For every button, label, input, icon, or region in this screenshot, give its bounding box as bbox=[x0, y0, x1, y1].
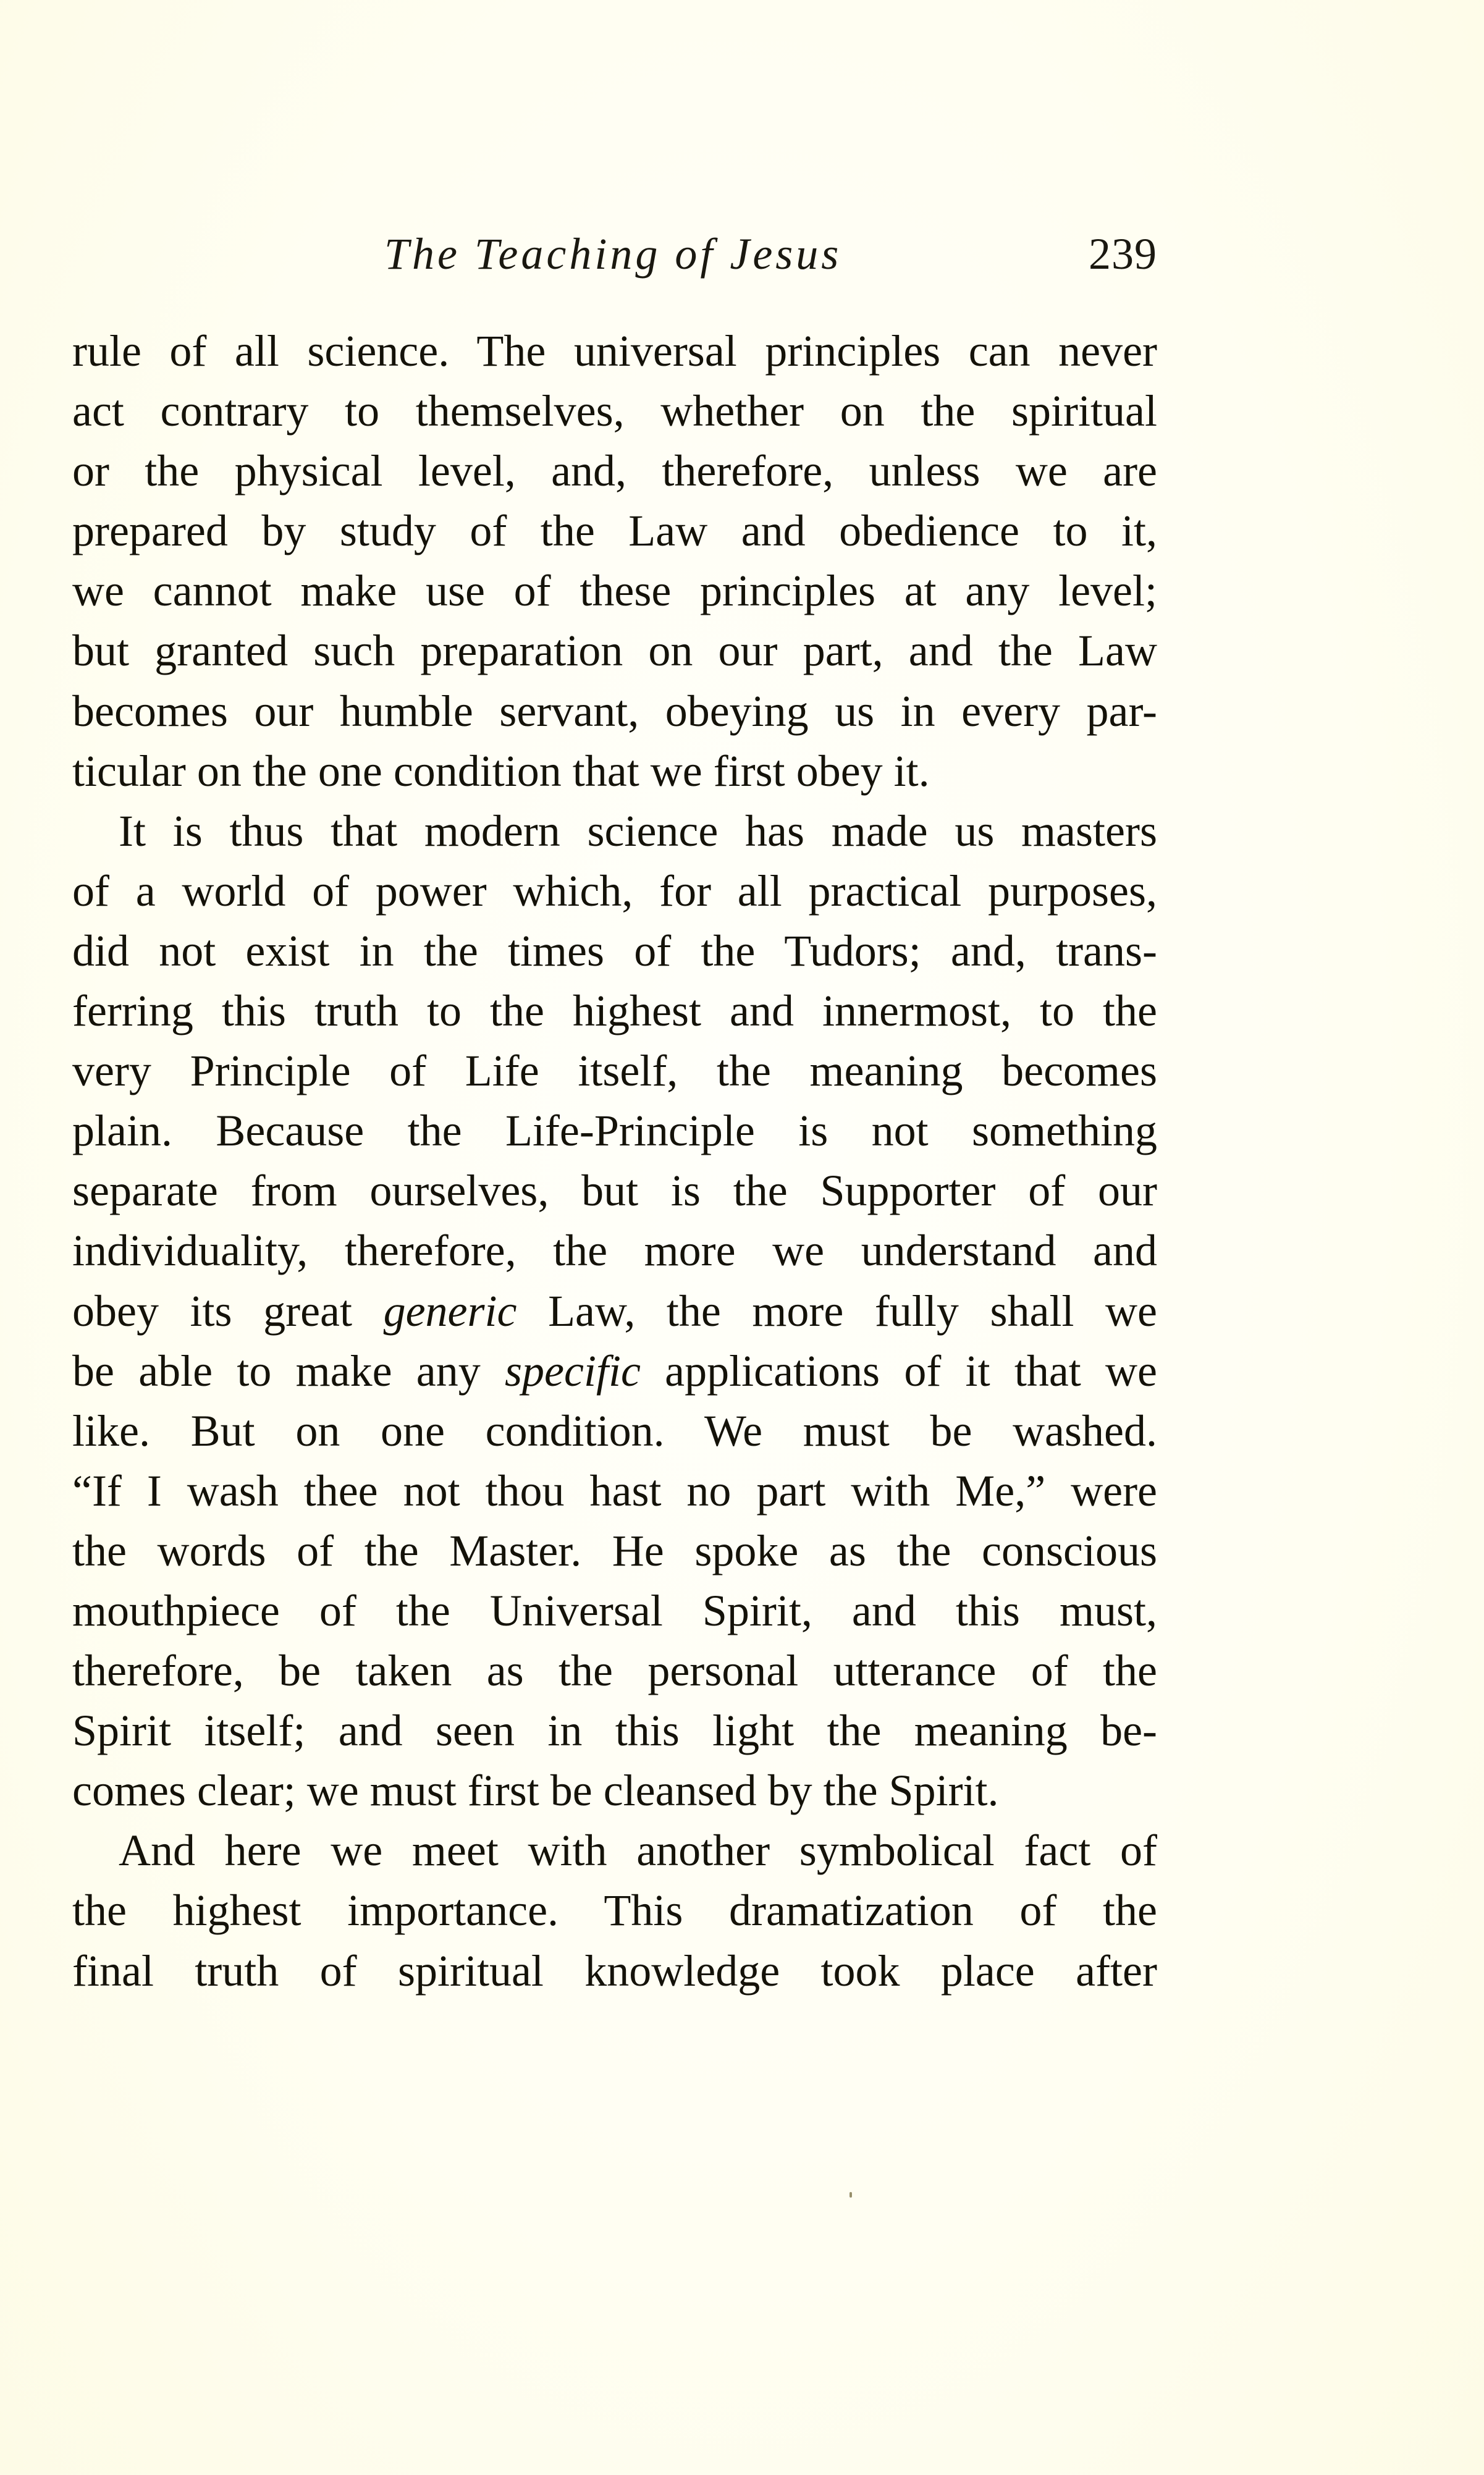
text-line: be able to make any specific application… bbox=[72, 1341, 1157, 1401]
text-line: prepared by study of the Law and obedien… bbox=[72, 501, 1157, 561]
text-line: ferring this truth to the highest and in… bbox=[72, 981, 1157, 1041]
text-line: the highest importance. This dramatizati… bbox=[72, 1881, 1157, 1941]
paper-speck bbox=[850, 2192, 852, 2198]
running-title: The Teaching of Jesus bbox=[384, 224, 841, 284]
text-line: becomes our humble servant, obeying us i… bbox=[72, 681, 1157, 741]
text-line: plain. Because the Life-Principle is not… bbox=[72, 1101, 1157, 1161]
text-line: ticular on the one condition that we fir… bbox=[72, 741, 1157, 801]
text-line: of a world of power which, for all pract… bbox=[72, 861, 1157, 921]
text-line: rule of all science. The universal princ… bbox=[72, 321, 1157, 381]
book-page: The Teaching of Jesus 239 rule of all sc… bbox=[0, 0, 1484, 2475]
text-line: comes clear; we must first be cleansed b… bbox=[72, 1761, 1157, 1821]
text-segment: Law, the more fully shall we bbox=[517, 1286, 1158, 1336]
running-header: The Teaching of Jesus 239 bbox=[72, 224, 1157, 284]
text-line: Spirit itself; and seen in this light th… bbox=[72, 1701, 1157, 1761]
text-line: we cannot make use of these principles a… bbox=[72, 561, 1157, 621]
italic-word-specific: specific bbox=[505, 1346, 641, 1396]
text-line: or the physical level, and, therefore, u… bbox=[72, 441, 1157, 501]
text-line: mouthpiece of the Universal Spirit, and … bbox=[72, 1581, 1157, 1641]
body-text: rule of all science. The universal princ… bbox=[72, 321, 1157, 2001]
text-line: therefore, be taken as the personal utte… bbox=[72, 1641, 1157, 1701]
text-line: individuality, therefore, the more we un… bbox=[72, 1221, 1157, 1281]
italic-word-generic: generic bbox=[384, 1286, 517, 1336]
text-line: the words of the Master. He spoke as the… bbox=[72, 1521, 1157, 1581]
paragraph-first-line: It is thus that modern science has made … bbox=[72, 801, 1157, 861]
text-line: but granted such preparation on our part… bbox=[72, 621, 1157, 681]
text-segment: obey its great bbox=[72, 1286, 384, 1336]
text-segment: be able to make any bbox=[72, 1346, 505, 1396]
text-line: act contrary to themselves, whether on t… bbox=[72, 381, 1157, 441]
text-line: very Principle of Life itself, the meani… bbox=[72, 1041, 1157, 1101]
text-line: “If I wash thee not thou hast no part wi… bbox=[72, 1461, 1157, 1521]
paragraph-first-line: And here we meet with another symbolical… bbox=[72, 1821, 1157, 1881]
text-line: separate from ourselves, but is the Supp… bbox=[72, 1161, 1157, 1221]
text-line: like. But on one condition. We must be w… bbox=[72, 1401, 1157, 1461]
text-line: did not exist in the times of the Tudors… bbox=[72, 921, 1157, 981]
text-line: final truth of spiritual knowledge took … bbox=[72, 1941, 1157, 2001]
page-number: 239 bbox=[1089, 224, 1157, 284]
text-segment: applications of it that we bbox=[641, 1346, 1157, 1396]
text-line: obey its great generic Law, the more ful… bbox=[72, 1281, 1157, 1341]
